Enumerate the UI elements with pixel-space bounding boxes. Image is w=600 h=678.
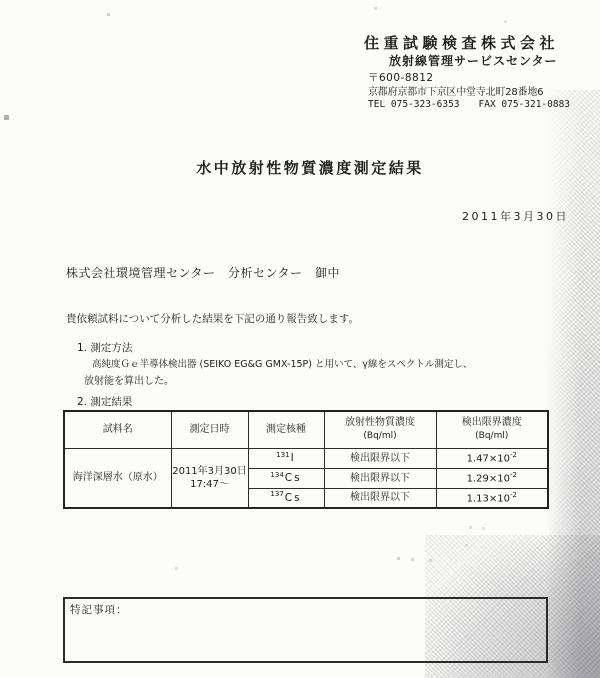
- addressee-line: 株式会社環境管理センター 分析センター 御中: [66, 264, 340, 281]
- header-concentration-unit: (Bq/ml): [325, 431, 436, 443]
- nuclide-cell: 137Cs: [248, 488, 324, 508]
- nuclide-mass: 134: [270, 471, 283, 479]
- nuclide-element: Cs: [284, 472, 302, 484]
- header-detection-limit: 検出限界濃度 (Bq/ml): [436, 411, 548, 448]
- header-sample-name: 試料名: [64, 411, 171, 448]
- detection-limit-cell: 1.13×10-2: [436, 488, 548, 508]
- table-row: 海洋深層水（原水） 2011年3月30日 17:47～ 131I 検出限界以下 …: [64, 448, 548, 468]
- measurement-datetime-cell: 2011年3月30日 17:47～: [171, 448, 248, 508]
- detection-limit-exponent: -2: [510, 451, 517, 459]
- header-concentration-label: 放射性物質濃度: [345, 417, 415, 428]
- detection-limit-base: 1.13×10: [467, 493, 510, 504]
- measurement-time: 17:47～: [172, 478, 248, 491]
- company-name: 住重試験検査株式会社: [364, 32, 559, 53]
- scanned-report-page: 住重試験検査株式会社 放射線管理サービスセンター 〒600-8812 京都府京都…: [0, 0, 600, 678]
- nuclide-element: I: [290, 452, 296, 464]
- detection-limit-base: 1.29×10: [467, 473, 510, 484]
- method-heading: 1. 測定方法: [77, 340, 132, 355]
- results-table: 試料名 測定日時 測定核種 放射性物質濃度 (Bq/ml) 検出限界濃度 (Bq…: [63, 410, 549, 509]
- method-line-1: 高純度Ｇｅ半導体検出器 (SEIKO EG&G GMX-15P) と用いて、γ線…: [92, 356, 472, 370]
- method-line-2: 放射能を算出した。: [84, 372, 174, 387]
- header-detection-limit-label: 検出限界濃度: [462, 417, 522, 428]
- intro-line: 貴依頼試料について分析した結果を下記の通り報告致します。: [66, 311, 359, 326]
- notes-label: 特記事項：: [70, 602, 128, 617]
- concentration-cell: 検出限界以下: [324, 448, 436, 468]
- nuclide-mass: 137: [270, 490, 283, 498]
- detection-limit-cell: 1.29×10-2: [436, 468, 548, 488]
- nuclide-mass: 131: [276, 451, 289, 459]
- detection-limit-cell: 1.47×10-2: [436, 448, 548, 468]
- measurement-date: 2011年3月30日: [172, 465, 248, 478]
- concentration-cell: 検出限界以下: [324, 468, 436, 488]
- detection-limit-exponent: -2: [510, 491, 517, 499]
- concentration-cell: 検出限界以下: [324, 488, 436, 508]
- notes-box: 特記事項：: [63, 597, 548, 663]
- nuclide-element: Cs: [284, 492, 302, 504]
- report-title: 水中放射性物質濃度測定結果: [150, 157, 470, 178]
- header-concentration: 放射性物質濃度 (Bq/ml): [324, 411, 436, 448]
- scan-specks: [0, 0, 1, 1]
- tel-fax-line: TEL 075-323-6353 FAX 075-321-0883: [368, 96, 570, 110]
- results-heading: 2. 測定結果: [77, 394, 132, 409]
- nuclide-cell: 131I: [248, 448, 324, 468]
- sample-name-cell: 海洋深層水（原水）: [64, 448, 171, 508]
- detection-limit-base: 1.47×10: [467, 453, 510, 464]
- header-nuclide: 測定核種: [248, 411, 324, 448]
- department-name: 放射線管理サービスセンター: [389, 52, 558, 69]
- detection-limit-exponent: -2: [510, 471, 517, 479]
- header-detection-limit-unit: (Bq/ml): [437, 431, 548, 443]
- nuclide-cell: 134Cs: [248, 468, 324, 488]
- header-measurement-datetime: 測定日時: [171, 411, 248, 448]
